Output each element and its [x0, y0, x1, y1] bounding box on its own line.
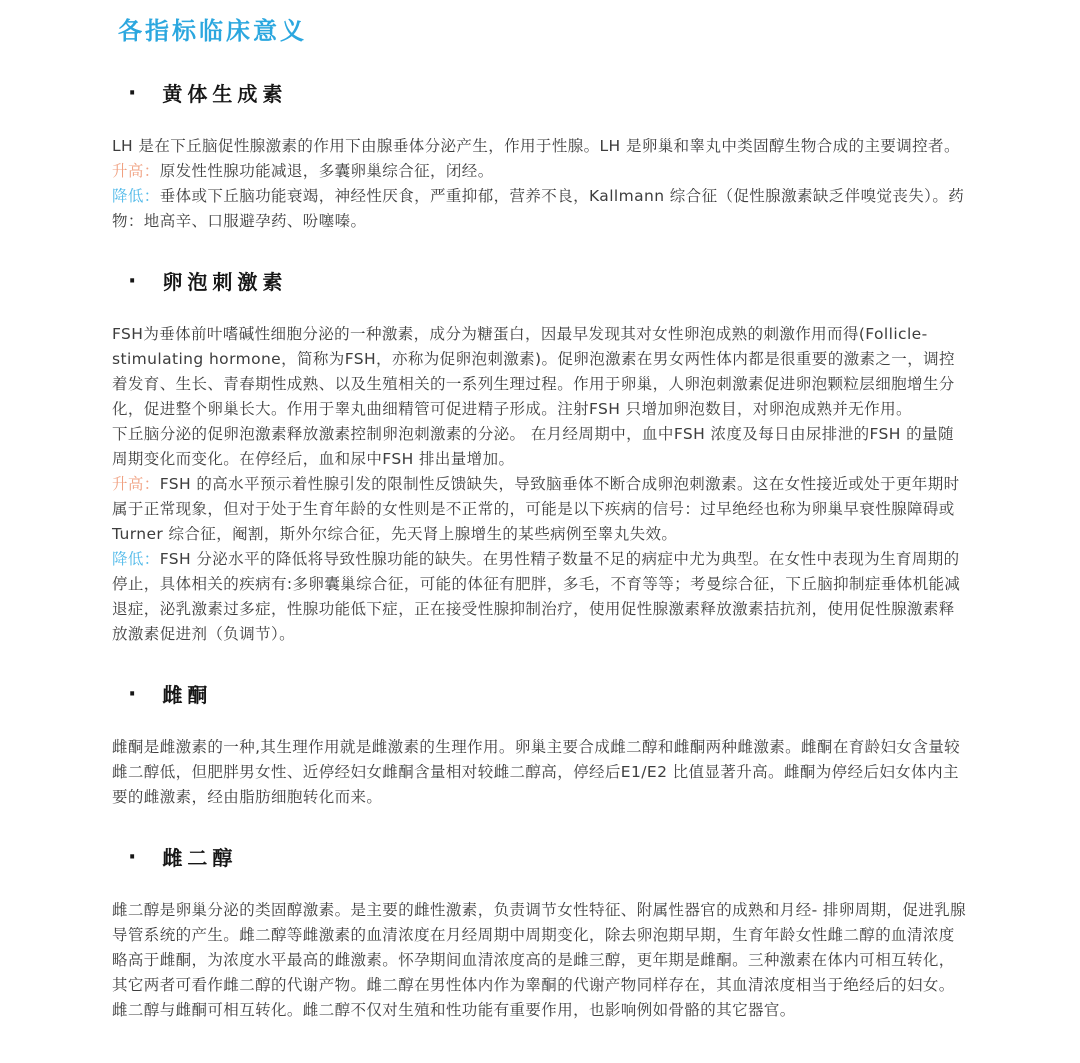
- increase-label: 升高：: [112, 162, 160, 180]
- section-heading: 卵泡刺激素: [162, 270, 287, 294]
- section-heading-row: · 雌酮: [128, 683, 968, 707]
- section-intro: 雌二醇是卵巢分泌的类固醇激素。是主要的雌性激素，负责调节女性特征、附属性器官的成…: [112, 898, 968, 1023]
- section-heading-row: · 雌二醇: [128, 846, 968, 870]
- document-page: 各指标临床意义 · 黄体生成素 LH 是在下丘脑促性腺激素的作用下由腺垂体分泌产…: [0, 0, 1080, 1063]
- section-lh: · 黄体生成素 LH 是在下丘脑促性腺激素的作用下由腺垂体分泌产生，作用于性腺。…: [112, 82, 968, 234]
- section-intro: FSH为垂体前叶嗜碱性细胞分泌的一种激素，成分为糖蛋白，因最早发现其对女性卵泡成…: [112, 322, 968, 422]
- increase-paragraph: 升高：原发性性腺功能减退，多囊卵巢综合征，闭经。: [112, 159, 968, 184]
- bullet-icon: ·: [128, 271, 136, 293]
- increase-paragraph: 升高：FSH 的高水平预示着性腺引发的限制性反馈缺失，导致脑垂体不断合成卵泡刺激…: [112, 472, 968, 547]
- section-estradiol: · 雌二醇 雌二醇是卵巢分泌的类固醇激素。是主要的雌性激素，负责调节女性特征、附…: [112, 846, 968, 1023]
- bullet-icon: ·: [128, 684, 136, 706]
- page-title: 各指标临床意义: [118, 16, 968, 46]
- section-intro: LH 是在下丘脑促性腺激素的作用下由腺垂体分泌产生，作用于性腺。LH 是卵巢和睾…: [112, 134, 968, 159]
- decrease-label: 降低：: [112, 550, 160, 568]
- section-estrone: · 雌酮 雌酮是雌激素的一种,其生理作用就是雌激素的生理作用。卵巢主要合成雌二醇…: [112, 683, 968, 810]
- section-intro: 雌酮是雌激素的一种,其生理作用就是雌激素的生理作用。卵巢主要合成雌二醇和雌酮两种…: [112, 735, 968, 810]
- section-heading-row: · 黄体生成素: [128, 82, 968, 106]
- increase-text: FSH 的高水平预示着性腺引发的限制性反馈缺失，导致脑垂体不断合成卵泡刺激素。这…: [112, 475, 960, 543]
- section-intro-2: 下丘脑分泌的促卵泡激素释放激素控制卵泡刺激素的分泌。 在月经周期中，血中FSH …: [112, 422, 968, 472]
- section-heading: 黄体生成素: [162, 82, 287, 106]
- section-heading: 雌二醇: [162, 846, 237, 870]
- decrease-text: 垂体或下丘脑功能衰竭，神经性厌食，严重抑郁，营养不良，Kallmann 综合征（…: [112, 187, 964, 230]
- section-heading-row: · 卵泡刺激素: [128, 270, 968, 294]
- section-fsh: · 卵泡刺激素 FSH为垂体前叶嗜碱性细胞分泌的一种激素，成分为糖蛋白，因最早发…: [112, 270, 968, 647]
- section-heading: 雌酮: [162, 683, 212, 707]
- decrease-paragraph: 降低：FSH 分泌水平的降低将导致性腺功能的缺失。在男性精子数量不足的病症中尤为…: [112, 547, 968, 647]
- increase-label: 升高：: [112, 475, 160, 493]
- decrease-label: 降低：: [112, 187, 160, 205]
- increase-text: 原发性性腺功能减退，多囊卵巢综合征，闭经。: [160, 162, 494, 180]
- decrease-text: FSH 分泌水平的降低将导致性腺功能的缺失。在男性精子数量不足的病症中尤为典型。…: [112, 550, 960, 643]
- bullet-icon: ·: [128, 847, 136, 869]
- decrease-paragraph: 降低：垂体或下丘脑功能衰竭，神经性厌食，严重抑郁，营养不良，Kallmann 综…: [112, 184, 968, 234]
- bullet-icon: ·: [128, 83, 136, 105]
